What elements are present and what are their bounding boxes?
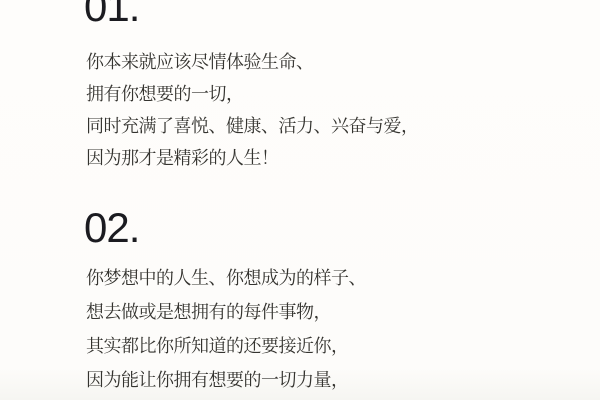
quote-line: 想去做或是想拥有的每件事物，: [86, 295, 366, 329]
section-02-text: 你梦想中的人生、你想成为的样子、 想去做或是想拥有的每件事物， 其实都比你所知道…: [86, 261, 366, 397]
quote-line: 同时充满了喜悦、健康、活力、兴奋与爱，: [86, 110, 419, 142]
quote-card: 01. 你本来就应该尽情体验生命、 拥有你想要的一切， 同时充满了喜悦、健康、活…: [0, 0, 600, 400]
section-01-number: 01.: [84, 0, 139, 28]
quote-line: 因为那才是精彩的人生！: [86, 142, 419, 174]
quote-line: 拥有你想要的一切，: [86, 78, 419, 110]
section-01-text: 你本来就应该尽情体验生命、 拥有你想要的一切， 同时充满了喜悦、健康、活力、兴奋…: [86, 46, 419, 174]
quote-line: 因为能让你拥有想要的一切力量，: [86, 363, 366, 397]
quote-line: 你梦想中的人生、你想成为的样子、: [86, 261, 366, 295]
quote-line: 你本来就应该尽情体验生命、: [86, 46, 419, 78]
quote-line: 其实都比你所知道的还要接近你，: [86, 329, 366, 363]
section-02-number: 02.: [84, 207, 139, 249]
